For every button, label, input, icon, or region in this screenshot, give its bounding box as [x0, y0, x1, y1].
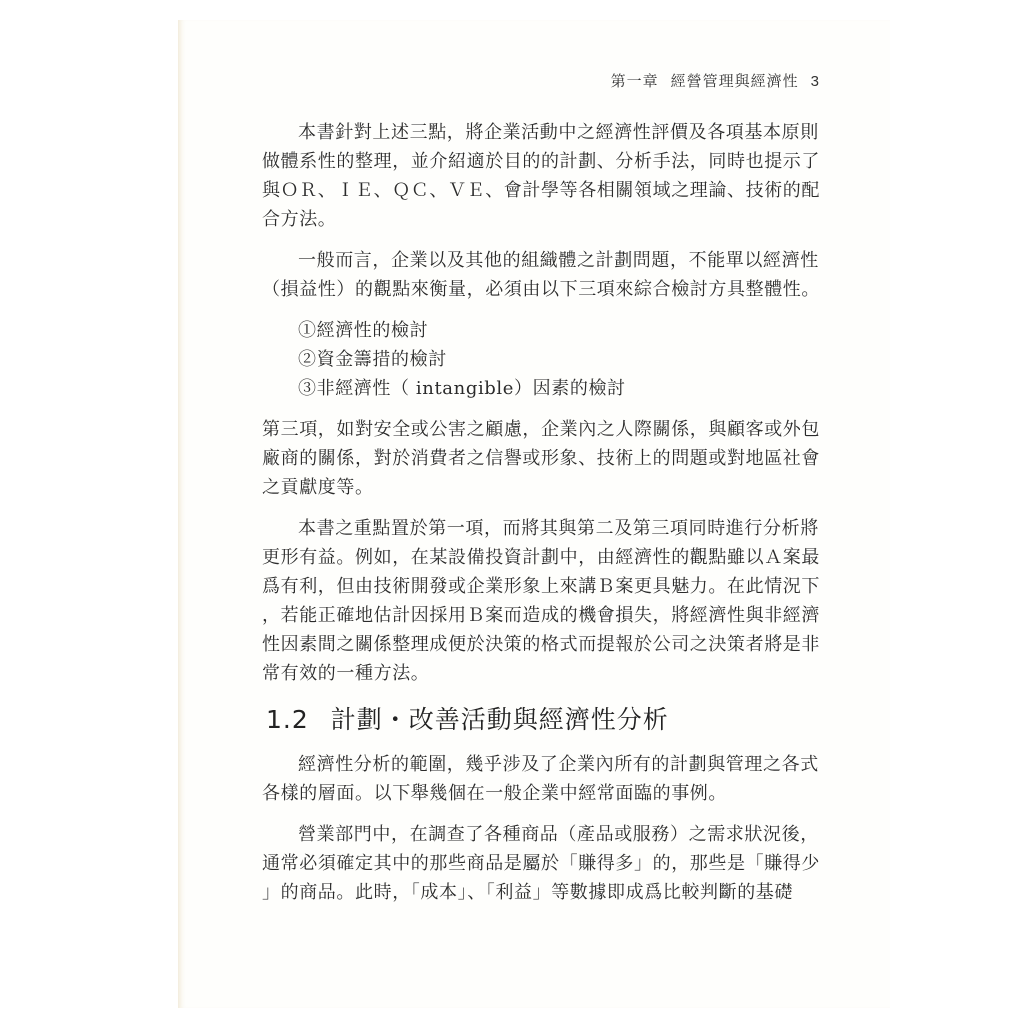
text-line: 與ＯＲ、ＩＥ、ＱＣ、ＶＥ、會計學等各相關領域之理論、技術的配: [262, 176, 818, 205]
section-number: 1.2: [266, 705, 309, 734]
text-line: ，若能正確地估計因採用Ｂ案而造成的機會損失，將經濟性與非經濟: [262, 601, 818, 630]
text-line: 合方法。: [262, 205, 818, 234]
text-line: 常有效的一種方法。: [262, 659, 818, 688]
running-head: 第一章經營管理與經濟性3: [600, 70, 820, 91]
text-line: 經濟性分析的範圍，幾乎涉及了企業內所有的計劃與管理之各式: [262, 750, 818, 779]
text-line: 營業部門中，在調查了各種商品（產品或服務）之需求狀況後，: [262, 820, 818, 849]
paragraph-5: 經濟性分析的範圍，幾乎涉及了企業內所有的計劃與管理之各式 各樣的層面。以下舉幾個…: [262, 750, 818, 808]
paragraph-2: 一般而言，企業以及其他的組織體之計劃問題，不能單以經濟性 （損益性）的觀點來衡量…: [262, 246, 818, 304]
section-title: 計劃・改善活動與經濟性分析: [331, 705, 669, 734]
text-line: 通常必須確定其中的那些商品是屬於「賺得多」的，那些是「賺得少: [262, 849, 818, 878]
text-line: 更形有益。例如，在某設備投資計劃中，由經濟性的觀點雖以Ａ案最: [262, 543, 818, 572]
text-line: 廠商的關係，對於消費者之信譽或形象、技術上的問題或對地區社會: [262, 444, 818, 473]
section-heading: 1.2計劃・改善活動與經濟性分析: [266, 702, 818, 738]
list-item: ①經濟性的檢討: [298, 316, 818, 345]
text-line: 一般而言，企業以及其他的組織體之計劃問題，不能單以經濟性: [262, 246, 818, 275]
text-line: 」的商品。此時，「成本」、「利益」等數據即成爲比較判斷的基礎: [262, 878, 818, 907]
text-line: （損益性）的觀點來衡量，必須由以下三項來綜合檢討方具整體性。: [262, 275, 818, 304]
list-item: ③非經濟性（ intangible）因素的檢討: [298, 374, 818, 403]
considerations-list: ①經濟性的檢討 ②資金籌措的檢討 ③非經濟性（ intangible）因素的檢討: [298, 316, 818, 403]
text-line: 第三項，如對安全或公害之顧慮，企業內之人際關係，與顧客或外包: [262, 415, 818, 444]
text-line: 爲有利，但由技術開發或企業形象上來講Ｂ案更具魅力。在此情況下: [262, 572, 818, 601]
paragraph-6: 營業部門中，在調查了各種商品（產品或服務）之需求狀況後， 通常必須確定其中的那些…: [262, 820, 818, 907]
page-number: 3: [811, 73, 820, 90]
paragraph-4: 本書之重點置於第一項，而將其與第二及第三項同時進行分析將 更形有益。例如，在某設…: [262, 514, 818, 688]
chapter-title: 經營管理與經濟性: [671, 72, 799, 90]
body-text: 本書針對上述三點，將企業活動中之經濟性評價及各項基本原則 做體系性的整理，並介紹…: [262, 118, 818, 919]
text-line: 本書之重點置於第一項，而將其與第二及第三項同時進行分析將: [262, 514, 818, 543]
text-line: 性因素間之關係整理成便於決策的格式而提報於公司之決策者將是非: [262, 630, 818, 659]
paragraph-3: 第三項，如對安全或公害之顧慮，企業內之人際關係，與顧客或外包 廠商的關係，對於消…: [262, 415, 818, 502]
chapter-label: 第一章: [611, 72, 659, 90]
list-item: ②資金籌措的檢討: [298, 345, 818, 374]
text-line: 各樣的層面。以下舉幾個在一般企業中經常面臨的事例。: [262, 779, 818, 808]
text-line: 本書針對上述三點，將企業活動中之經濟性評價及各項基本原則: [262, 118, 818, 147]
paragraph-1: 本書針對上述三點，將企業活動中之經濟性評價及各項基本原則 做體系性的整理，並介紹…: [262, 118, 818, 234]
text-line: 之貢獻度等。: [262, 473, 818, 502]
text-line: 做體系性的整理，並介紹適於目的的計劃、分析手法，同時也提示了: [262, 147, 818, 176]
